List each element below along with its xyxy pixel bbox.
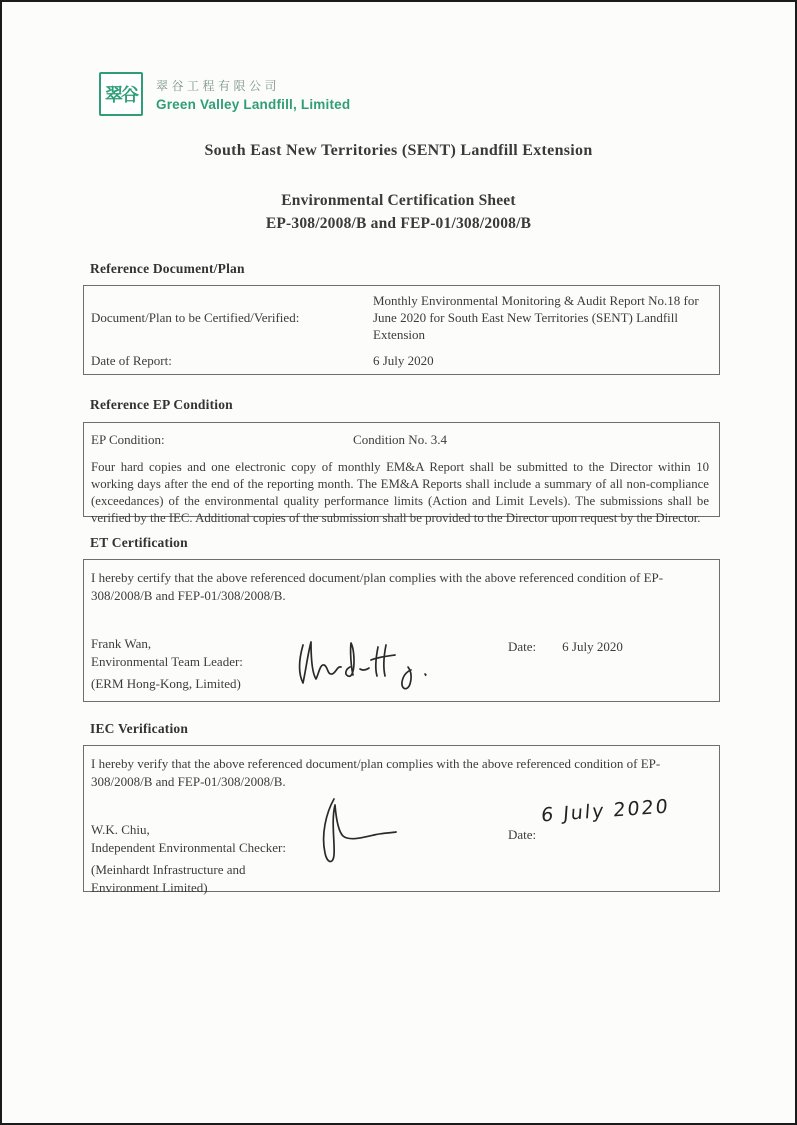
- date-of-report-value: 6 July 2020: [373, 352, 709, 369]
- reference-document-box: Document/Plan to be Certified/Verified: …: [83, 285, 720, 375]
- document-plan-label: Document/Plan to be Certified/Verified:: [91, 309, 373, 326]
- reference-ep-condition-box: EP Condition: Condition No. 3.4 Four har…: [83, 422, 720, 517]
- ep-condition-row: EP Condition: Condition No. 3.4: [91, 431, 709, 448]
- document-title: Environmental Certification Sheet: [2, 189, 795, 212]
- ep-condition-label: EP Condition:: [91, 431, 165, 448]
- certification-sheet-page: 翠谷 翠谷工程有限公司 Green Valley Landfill, Limit…: [0, 0, 797, 1125]
- et-date-block: Date: 6 July 2020: [508, 638, 623, 655]
- document-title-block: Environmental Certification Sheet EP-308…: [2, 189, 795, 235]
- logo-symbol: 翠谷: [105, 81, 137, 107]
- document-plan-row: Document/Plan to be Certified/Verified: …: [91, 292, 709, 343]
- permit-numbers: EP-308/2008/B and FEP-01/308/2008/B: [2, 212, 795, 235]
- et-signature-area: Frank Wan, Environmental Team Leader: (E…: [91, 635, 709, 693]
- iec-verification-box: I hereby verify that the above reference…: [83, 745, 720, 892]
- iec-signatory-org: (Meinhardt Infrastructure and Environmen…: [91, 861, 291, 896]
- company-header: 翠谷 翠谷工程有限公司 Green Valley Landfill, Limit…: [99, 72, 350, 116]
- green-valley-logo-icon: 翠谷: [99, 72, 143, 116]
- reference-document-heading: Reference Document/Plan: [90, 261, 245, 277]
- company-name-chinese: 翠谷工程有限公司: [156, 77, 350, 94]
- company-names: 翠谷工程有限公司 Green Valley Landfill, Limited: [156, 77, 350, 112]
- iec-verification-heading: IEC Verification: [90, 721, 188, 737]
- et-certification-box: I hereby certify that the above referenc…: [83, 559, 720, 702]
- et-date-value: 6 July 2020: [562, 638, 623, 655]
- ep-condition-description: Four hard copies and one electronic copy…: [91, 459, 709, 527]
- iec-signature-icon: [306, 793, 416, 873]
- et-date-label: Date:: [508, 638, 536, 655]
- date-of-report-row: Date of Report: 6 July 2020: [91, 352, 709, 369]
- et-certification-statement: I hereby certify that the above referenc…: [91, 569, 703, 604]
- ep-condition-value: Condition No. 3.4: [91, 431, 709, 448]
- et-signature-icon: [296, 629, 446, 699]
- et-certification-heading: ET Certification: [90, 535, 188, 551]
- document-plan-value: Monthly Environmental Monitoring & Audit…: [373, 292, 709, 343]
- company-name-english: Green Valley Landfill, Limited: [156, 97, 350, 112]
- iec-date-label: Date:: [508, 826, 536, 843]
- reference-ep-condition-heading: Reference EP Condition: [90, 397, 233, 413]
- date-of-report-label: Date of Report:: [91, 352, 373, 369]
- project-title: South East New Territories (SENT) Landfi…: [2, 142, 795, 160]
- iec-signature-area: W.K. Chiu, Independent Environmental Che…: [91, 821, 709, 896]
- iec-verification-statement: I hereby verify that the above reference…: [91, 755, 703, 790]
